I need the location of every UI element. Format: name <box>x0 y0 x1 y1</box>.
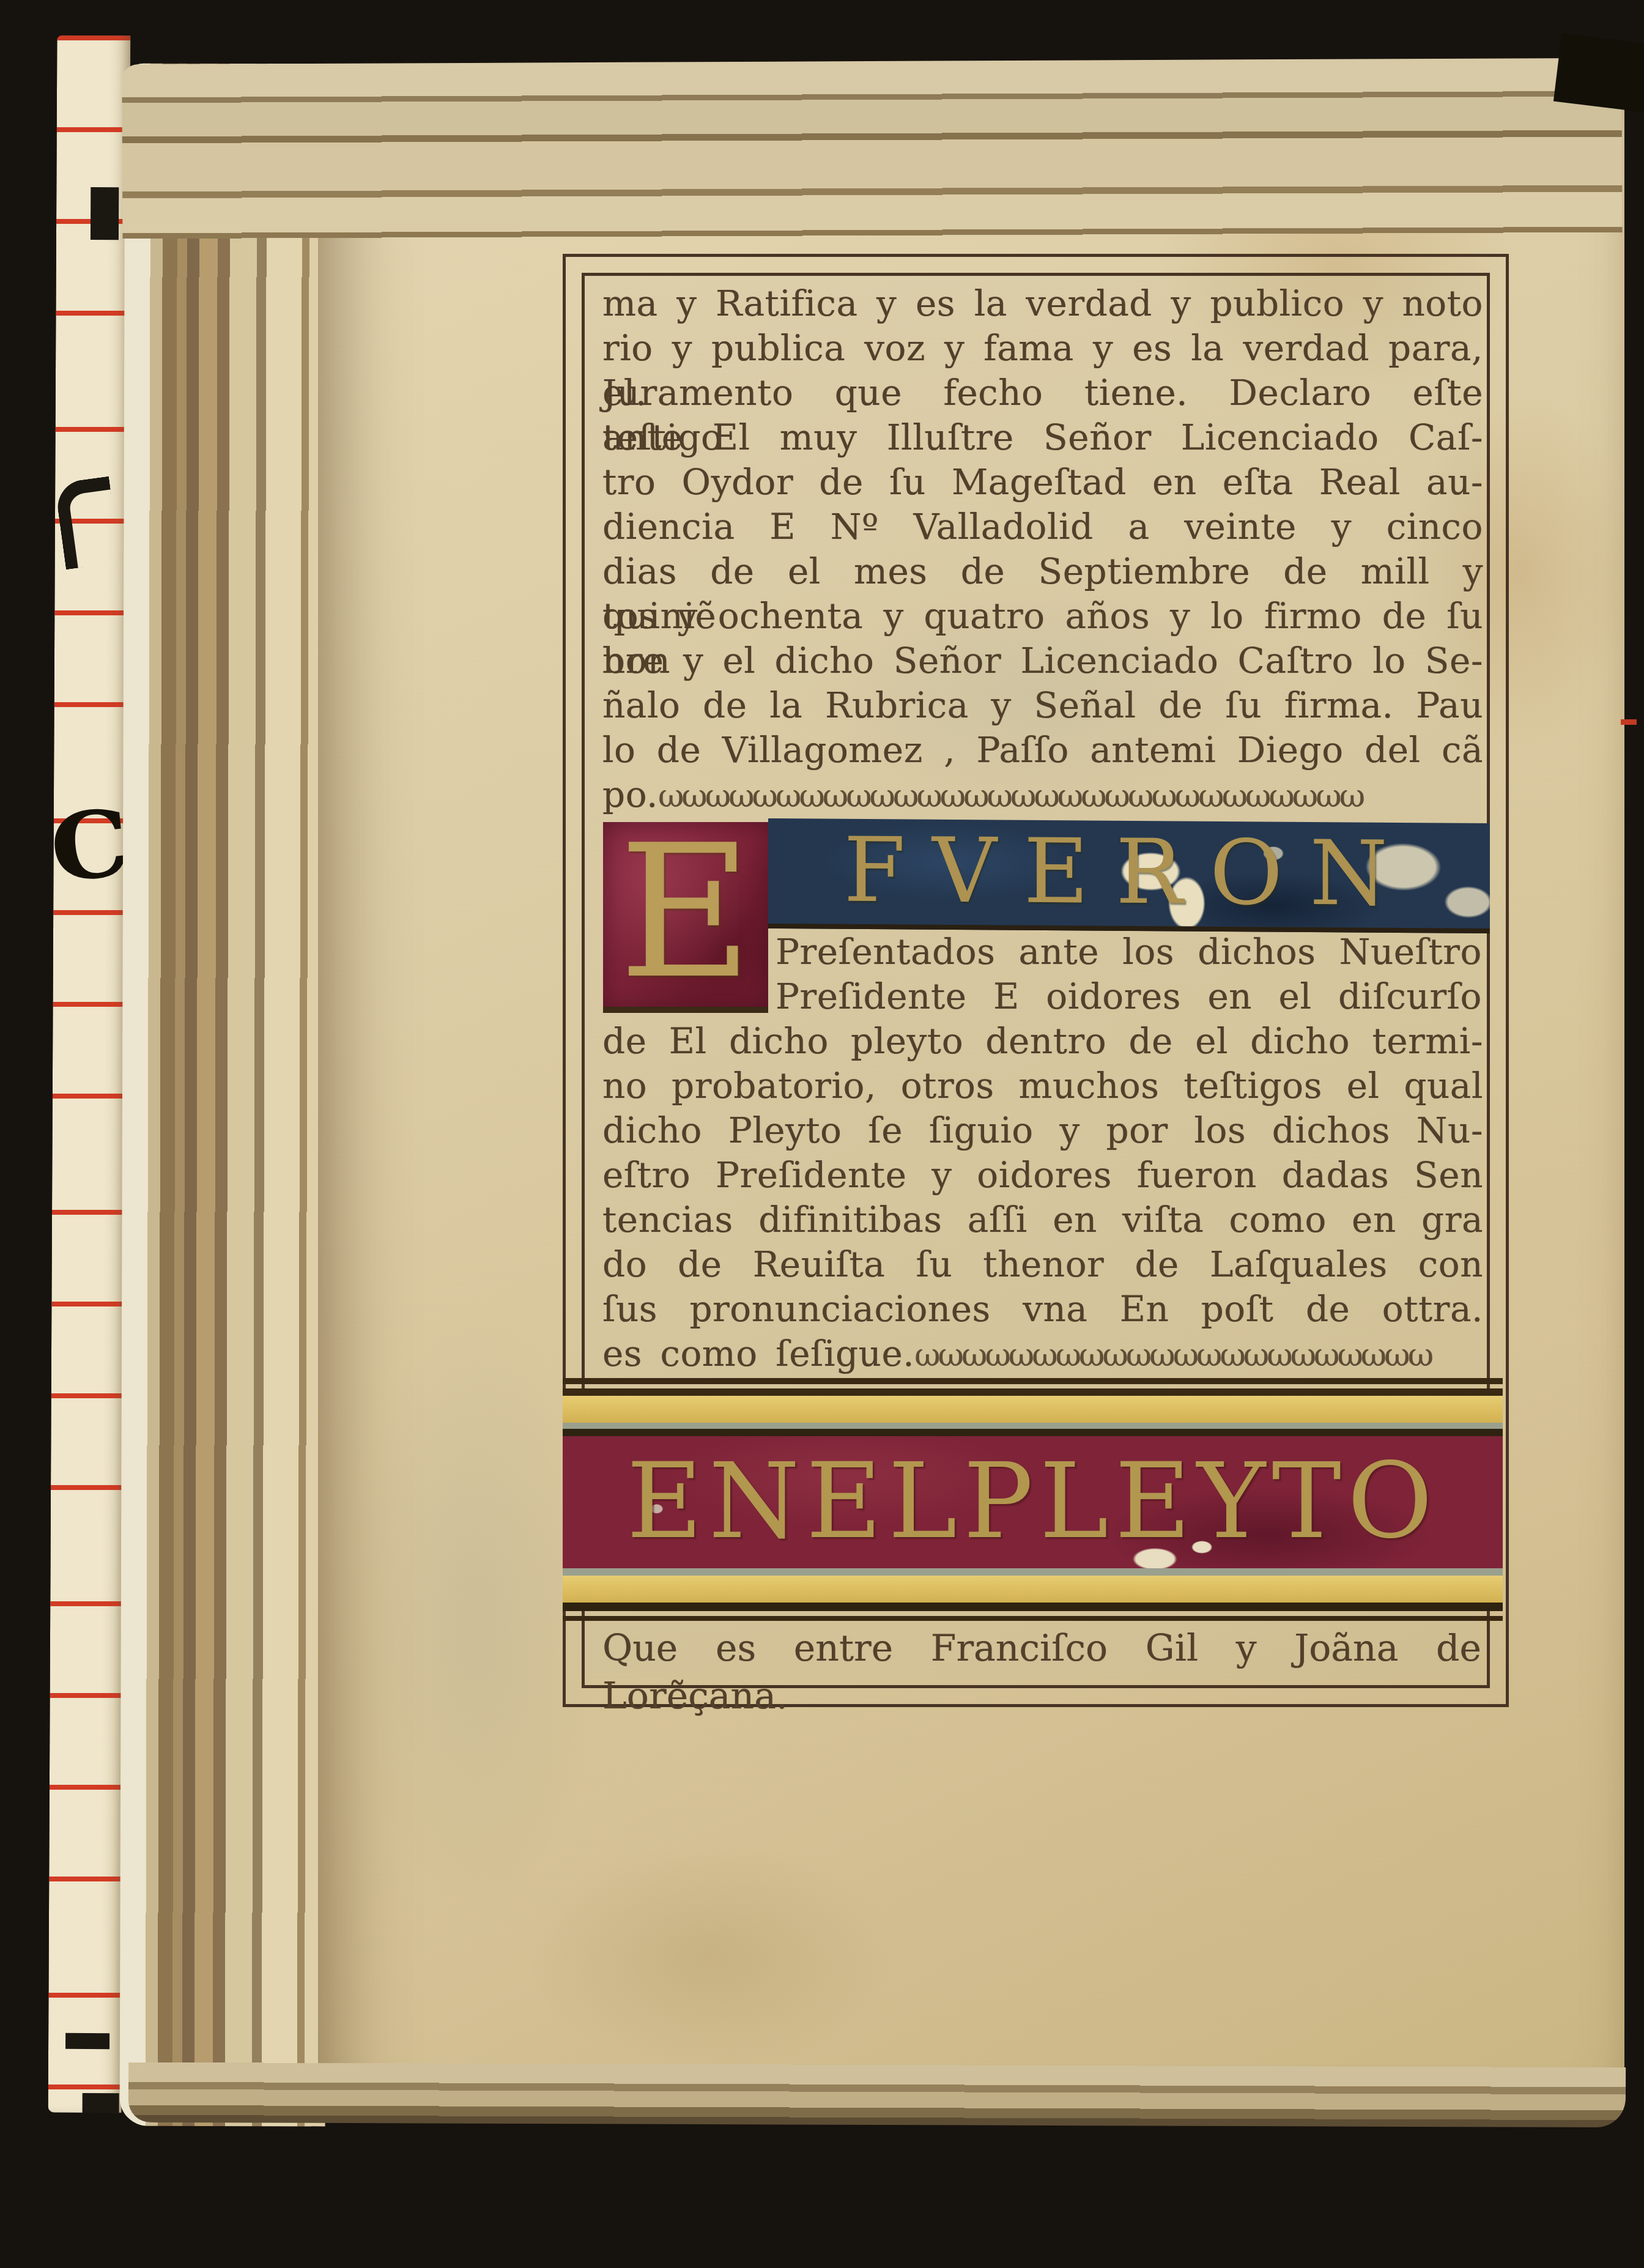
silver-band <box>563 1423 1503 1429</box>
title-banner: ENELPLEYTO <box>563 1436 1503 1568</box>
text-line: Preſidente E oidores en el diſcurſo <box>776 974 1482 1019</box>
title-banner-text: ENELPLEYTO <box>626 1441 1438 1562</box>
text-line: bre y el dicho Señor Licenciado Caſtro l… <box>602 639 1483 683</box>
text-line: de El dicho pleyto dentro de el dicho te… <box>602 1019 1483 1064</box>
text-line: ante El muy Illuſtre Señor Licenciado Ca… <box>602 415 1483 460</box>
text-line: diencia E Nº Valladolid a veinte y cinco <box>602 505 1483 549</box>
pen-mark <box>54 476 120 570</box>
text-line: ſus pronunciaciones vna En poſt de ottra… <box>602 1287 1483 1332</box>
page-stack-left-edges <box>120 64 331 2127</box>
page-stack-top-edges <box>122 58 1622 278</box>
silver-band <box>563 1568 1503 1576</box>
text-line: Juramento que fecho tiene. Declaro eſte … <box>602 371 1483 415</box>
text-line: ñalo de la Rubrica y Señal de ſu firma. … <box>602 683 1483 728</box>
text-line: dias de el mes de Septiembre de mill y q… <box>602 549 1483 594</box>
text-line: eſtro Preſidente y oidores fueron dadas … <box>602 1153 1483 1198</box>
text-line: es como ſeſigue. ωωωωωωωωωωωωωωωωωωωωωω <box>602 1332 1483 1376</box>
gold-band <box>563 1396 1503 1423</box>
manuscript-photo: C ma y Ratifica y es la verdad y publico… <box>0 0 1644 2268</box>
text-line: Preſentados ante los dichos Nueſtro <box>776 930 1482 974</box>
rule-band <box>563 1388 1503 1396</box>
text-line: tencias difinitibas aſſi en viſta como e… <box>602 1198 1483 1242</box>
text-line: tro Oydor de ſu Mageſtad en eſta Real au… <box>602 460 1483 505</box>
illuminated-initial-letter: E <box>619 806 753 1019</box>
line-filler-flourish: ωωωωωωωωωωωωωωωωωωωωωωωωωωωωωω <box>658 774 1483 819</box>
heading-banner: FVERON <box>768 818 1490 933</box>
rule-band <box>563 1603 1503 1611</box>
rule-band <box>563 1616 1503 1621</box>
heading-banner-text: FVERON <box>843 818 1415 927</box>
music-leaf-fore-edge: C <box>48 35 131 2113</box>
text-line: tos y ochenta y quatro años y lo firmo d… <box>602 594 1483 639</box>
illuminated-initial-panel: E <box>603 822 768 1013</box>
neume-mark <box>91 187 119 240</box>
text-line: ma y Ratifica y es la verdad y publico y… <box>602 281 1483 326</box>
fore-edge-red-mark <box>1621 719 1637 725</box>
text-line: lo de Villagomez , Paſſo antemi Diego de… <box>602 728 1483 773</box>
text-line-end: es como ſeſigue. <box>602 1332 914 1376</box>
rule-band <box>563 1429 1503 1436</box>
caption-line: Que es entre Franciſco Gil y Joãna de Lo… <box>602 1625 1481 1672</box>
c-clef-mark: C <box>48 796 131 895</box>
line-filler-flourish: ωωωωωωωωωωωωωωωωωωωωωω <box>914 1333 1483 1378</box>
gold-band <box>563 1576 1503 1603</box>
rule-band <box>563 1378 1503 1384</box>
neume-mark <box>65 2033 109 2049</box>
text-line: rio y publica voz y fama y es la verdad … <box>602 326 1483 371</box>
neume-mark <box>82 2093 119 2113</box>
text-line: no probatorio, otros muchos teſtigos el … <box>602 1064 1483 1108</box>
text-line: dicho Pleyto ſe ſiguio y por los dichos … <box>602 1108 1483 1153</box>
text-line: do de Reuiſta ſu thenor de Laſquales con <box>602 1242 1483 1287</box>
page-stack-bottom-edges <box>128 2058 1626 2128</box>
